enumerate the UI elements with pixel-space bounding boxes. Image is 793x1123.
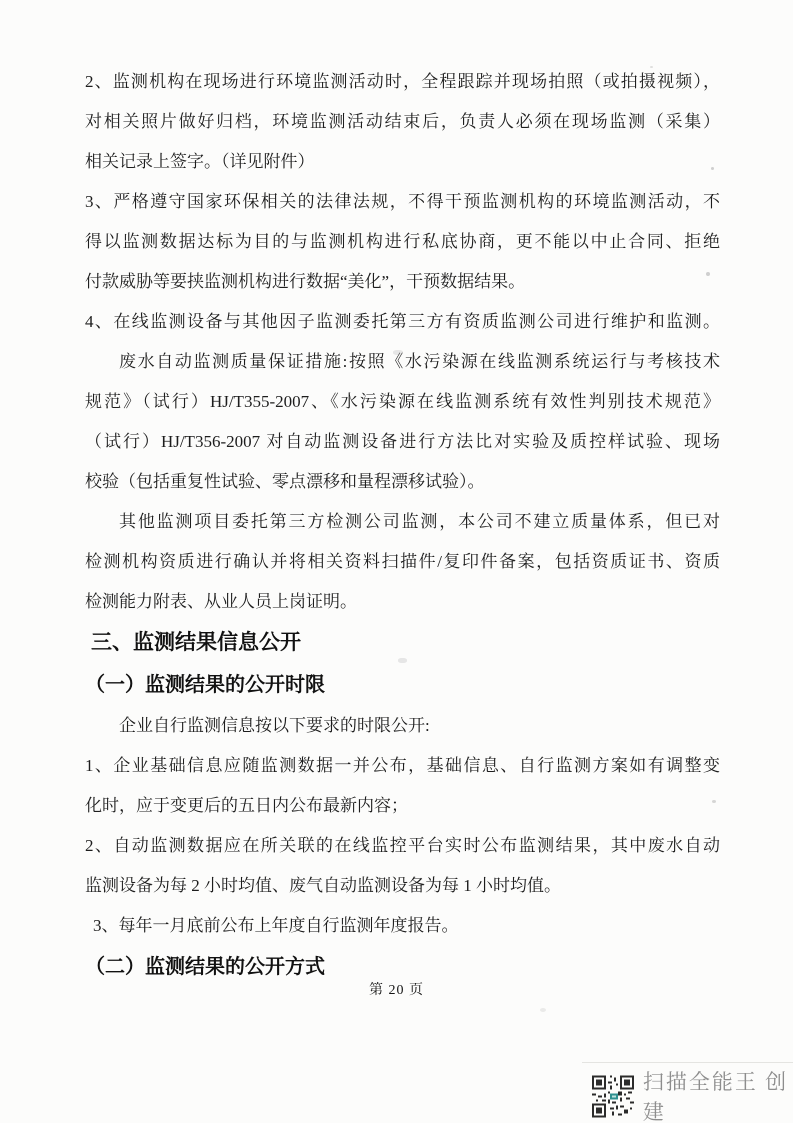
scan-artifact [393,350,403,355]
text-line: 企业自行监测信息按以下要求的时限公开: [85,706,720,746]
text-line: 相关记录上签字。（详见附件） [85,142,720,182]
camscanner-watermark: 扫描全能王 创建 [592,1066,793,1123]
text-line: 得以监测数据达标为目的与监测机构进行私底协商，更不能以中止合同、拒绝 [85,222,720,262]
text-line: 化时，应于变更后的五日内公布最新内容； [85,786,720,826]
qr-code-icon [592,1073,634,1120]
text-line: 规范》（试行）HJ/T355-2007、《水污染源在线监测系统有效性判别技术规范… [85,382,720,422]
text-line: 3、严格遵守国家环保相关的法律法规，不得干预监测机构的环境监测活动，不 [85,182,720,222]
scan-artifact [540,1008,546,1012]
text-line: 2、自动监测数据应在所关联的在线监控平台实时公布监测结果，其中废水自动 [85,826,720,866]
text-line: 3、每年一月底前公布上年度自行监测年度报告。 [85,906,720,946]
text-line: 校验（包括重复性试验、零点漂移和量程漂移试验）。 [85,462,720,502]
subsection-heading: （一）监测结果的公开时限 [85,664,720,706]
text-line: 检测能力附表、从业人员上岗证明。 [85,582,720,622]
text-line: 其他监测项目委托第三方检测公司监测，本公司不建立质量体系，但已对 [85,502,720,542]
text-line: 付款威胁等要挟监测机构进行数据“美化”，干预数据结果。 [85,262,720,302]
scan-edge-line [582,1062,793,1063]
camscanner-label: 扫描全能王 创建 [643,1066,793,1123]
scan-artifact [650,66,653,68]
scan-artifact [430,923,435,926]
text-line: 对相关照片做好归档，环境监测活动结束后，负责人必须在现场监测（采集） [85,102,720,142]
document-body: 2、监测机构在现场进行环境监测活动时，全程跟踪并现场拍照（或拍摄视频）， 对相关… [85,62,720,988]
text-line: （试行）HJ/T356-2007 对自动监测设备进行方法比对实验及质控样试验、现… [85,422,720,462]
text-line: 废水自动监测质量保证措施:按照《水污染源在线监测系统运行与考核技术 [85,342,720,382]
scan-artifact [711,167,714,170]
scan-artifact [706,272,710,276]
page-number: 第 20 页 [0,979,793,999]
text-line: 检测机构资质进行确认并将相关资料扫描件/复印件备案，包括资质证书、资质 [85,542,720,582]
scan-artifact [712,800,716,803]
text-line: 2、监测机构在现场进行环境监测活动时，全程跟踪并现场拍照（或拍摄视频）， [85,62,720,102]
text-line: 4、在线监测设备与其他因子监测委托第三方有资质监测公司进行维护和监测。 [85,302,720,342]
scan-artifact [398,658,407,663]
text-line: 1、企业基础信息应随监测数据一并公布，基础信息、自行监测方案如有调整变 [85,746,720,786]
text-line: 监测设备为每 2 小时均值、废气自动监测设备为每 1 小时均值。 [85,866,720,906]
scanned-document-page: 2、监测机构在现场进行环境监测活动时，全程跟踪并现场拍照（或拍摄视频）， 对相关… [0,0,793,1123]
